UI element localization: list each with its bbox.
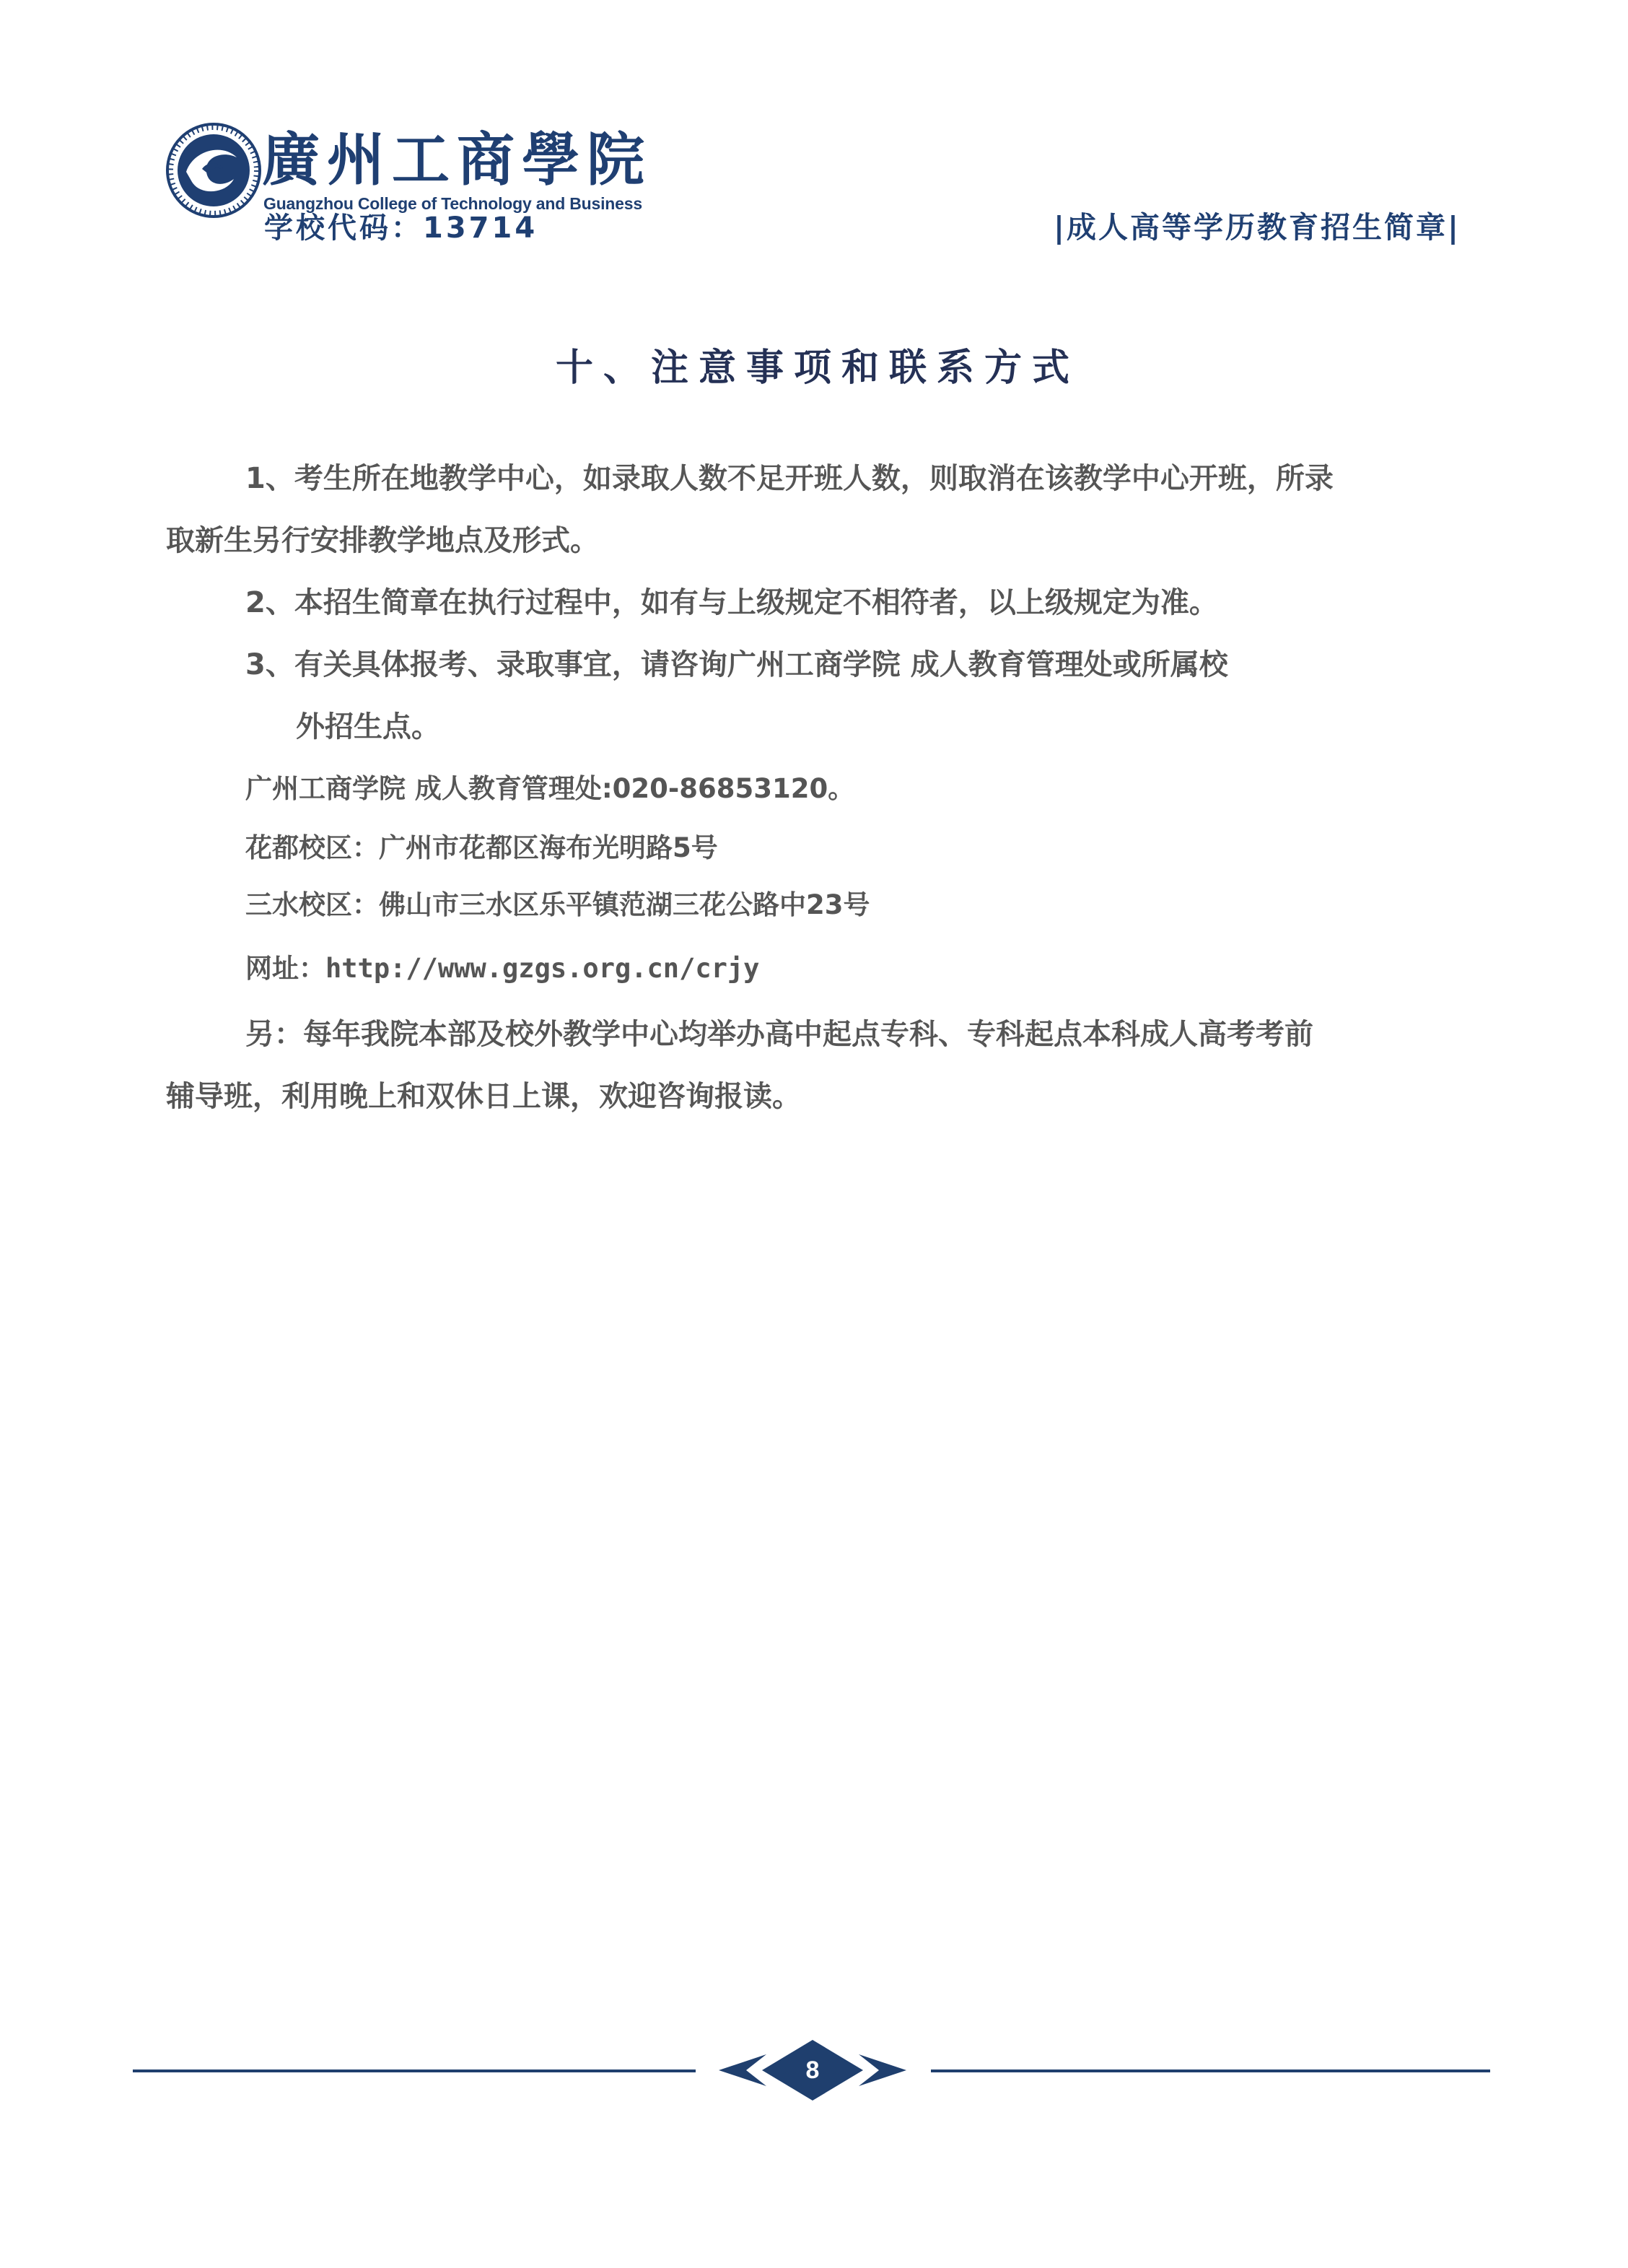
note-1-line-2: 取新生另行安排教学地点及形式。 — [166, 510, 1465, 572]
contact-huadu-campus: 花都校区：广州市花都区海布光明路5号 — [166, 820, 1465, 876]
college-emblem-icon — [165, 121, 263, 219]
note-2: 2、本招生简章在执行过程中，如有与上级规定不相符者，以上级规定为准。 — [166, 572, 1465, 634]
note-1: 1、考生所在地教学中心，如录取人数不足开班人数，则取消在该教学中心开班，所录 取… — [166, 448, 1465, 572]
section-title: 十、注意事项和联系方式 — [0, 345, 1628, 391]
note-3: 3、有关具体报考、录取事宜，请咨询广州工商学院 成人教育管理处或所属校 外招生点… — [166, 634, 1465, 758]
page-number: 8 — [719, 2040, 906, 2101]
footer-divider-right — [931, 2069, 1490, 2072]
school-code: 学校代码：13714 — [264, 209, 538, 247]
note-3-line-2: 外招生点。 — [166, 696, 1465, 758]
website-label: 网址： — [245, 953, 325, 984]
additional-note-line-1: 另：每年我院本部及校外教学中心均举办高中起点专科、专科起点本科成人高考考前 — [166, 1003, 1465, 1065]
publication-title: |成人高等学历教育招生简章| — [1054, 208, 1461, 247]
contact-sanshui-campus: 三水校区：佛山市三水区乐平镇范湖三花公路中23号 — [166, 876, 1465, 934]
contact-website: 网址：http://www.gzgs.org.cn/crjy — [166, 934, 1465, 1003]
additional-note-line-2: 辅导班，利用晚上和双休日上课，欢迎咨询报读。 — [166, 1065, 1465, 1128]
note-2-line-1: 2、本招生简章在执行过程中，如有与上级规定不相符者，以上级规定为准。 — [166, 572, 1465, 634]
website-link[interactable]: http://www.gzgs.org.cn/crjy — [325, 953, 759, 984]
note-1-line-1: 1、考生所在地教学中心，如录取人数不足开班人数，则取消在该教学中心开班，所录 — [166, 448, 1465, 510]
contact-info: 广州工商学院 成人教育管理处:020-86853120。 花都校区：广州市花都区… — [166, 758, 1465, 1003]
additional-note: 另：每年我院本部及校外教学中心均举办高中起点专科、专科起点本科成人高考考前 辅导… — [166, 1003, 1465, 1128]
page-number-badge: 8 — [719, 2040, 906, 2101]
contact-office-phone: 广州工商学院 成人教育管理处:020-86853120。 — [166, 758, 1465, 820]
page-content: 1、考生所在地教学中心，如录取人数不足开班人数，则取消在该教学中心开班，所录 取… — [166, 448, 1465, 1128]
footer-divider-left — [133, 2069, 696, 2072]
college-name-cn: 廣州工商學院 — [262, 127, 652, 192]
note-3-line-1: 3、有关具体报考、录取事宜，请咨询广州工商学院 成人教育管理处或所属校 — [166, 634, 1465, 696]
